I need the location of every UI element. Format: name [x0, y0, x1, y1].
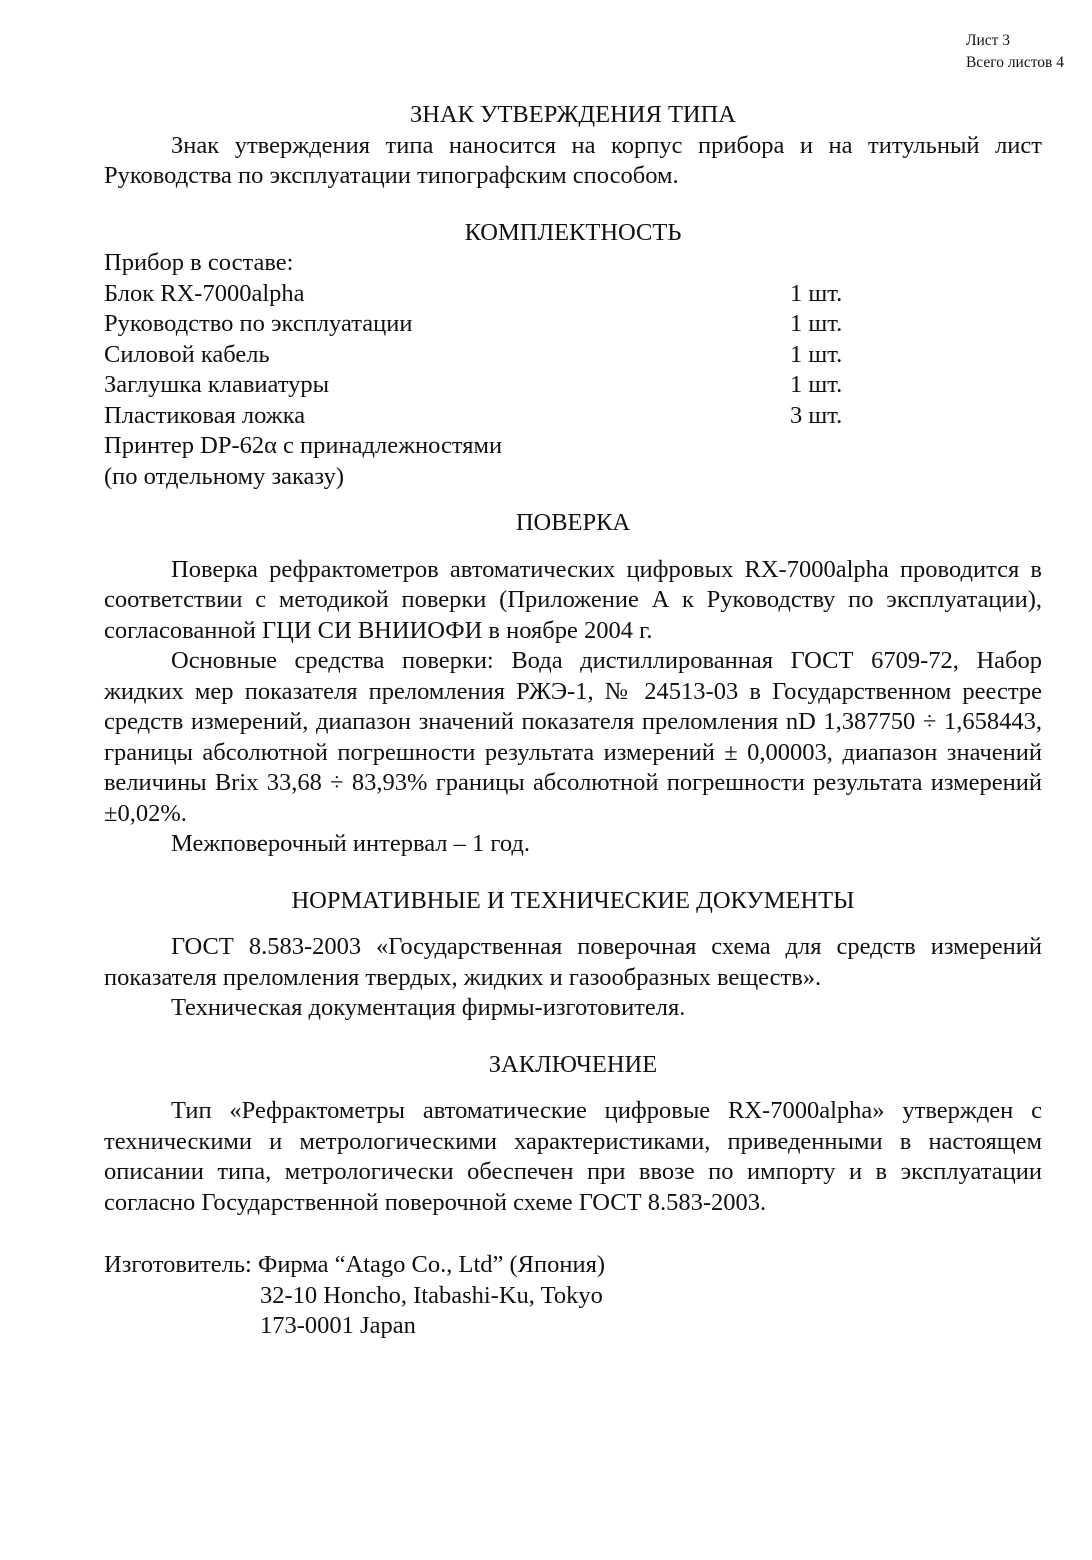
kit-item: Блок RX-7000alpha1 шт.	[104, 279, 1042, 310]
verification-interval: Межповерочный интервал – 1 год.	[104, 829, 1042, 860]
section-title-verification: ПОВЕРКА	[104, 508, 1042, 539]
document-page: ЗНАК УТВЕРЖДЕНИЯ ТИПА Знак утверждения т…	[104, 100, 1042, 1342]
kit-item: Заглушка клавиатуры1 шт.	[104, 370, 1042, 401]
manufacturer-block: Изготовитель: Фирма “Atago Co., Ltd” (Яп…	[104, 1250, 1042, 1342]
section-title-conclusion: ЗАКЛЮЧЕНИЕ	[104, 1050, 1042, 1081]
kit-item: Пластиковая ложка3 шт.	[104, 401, 1042, 432]
manufacturer-postcode: 173-0001 Japan	[104, 1311, 1042, 1342]
kit-item: (по отдельному заказу)	[104, 462, 1042, 493]
manufacturer-address: 32-10 Honcho, Itabashi-Ku, Tokyo	[104, 1281, 1042, 1312]
docs-paragraph-2: Техническая документация фирмы-изготовит…	[104, 993, 1042, 1024]
total-sheets-label: Всего листов 4	[966, 52, 1064, 74]
kit-item: Принтер DP-62α с принадлежностями	[104, 431, 1042, 462]
section-title-docs: НОРМАТИВНЫЕ И ТЕХНИЧЕСКИЕ ДОКУМЕНТЫ	[104, 886, 1042, 917]
sheet-number: Лист 3 Всего листов 4	[966, 30, 1064, 74]
verification-paragraph-2: Основные средства поверки: Вода дистилли…	[104, 646, 1042, 829]
kit-item: Силовой кабель1 шт.	[104, 340, 1042, 371]
section-title-kit: КОМПЛЕКТНОСТЬ	[104, 218, 1042, 249]
docs-paragraph-1: ГОСТ 8.583-2003 «Государственная повероч…	[104, 932, 1042, 993]
section-title-approval: ЗНАК УТВЕРЖДЕНИЯ ТИПА	[104, 100, 1042, 131]
kit-list: Блок RX-7000alpha1 шт. Руководство по эк…	[104, 279, 1042, 493]
manufacturer-name: Изготовитель: Фирма “Atago Co., Ltd” (Яп…	[104, 1250, 1042, 1281]
kit-item: Руководство по эксплуатации1 шт.	[104, 309, 1042, 340]
conclusion-paragraph: Тип «Рефрактометры автоматические цифров…	[104, 1096, 1042, 1218]
sheet-label: Лист 3	[966, 30, 1064, 52]
approval-text: Знак утверждения типа наносится на корпу…	[104, 131, 1042, 192]
kit-intro: Прибор в составе:	[104, 248, 1042, 279]
verification-paragraph-1: Поверка рефрактометров автоматических ци…	[104, 555, 1042, 647]
